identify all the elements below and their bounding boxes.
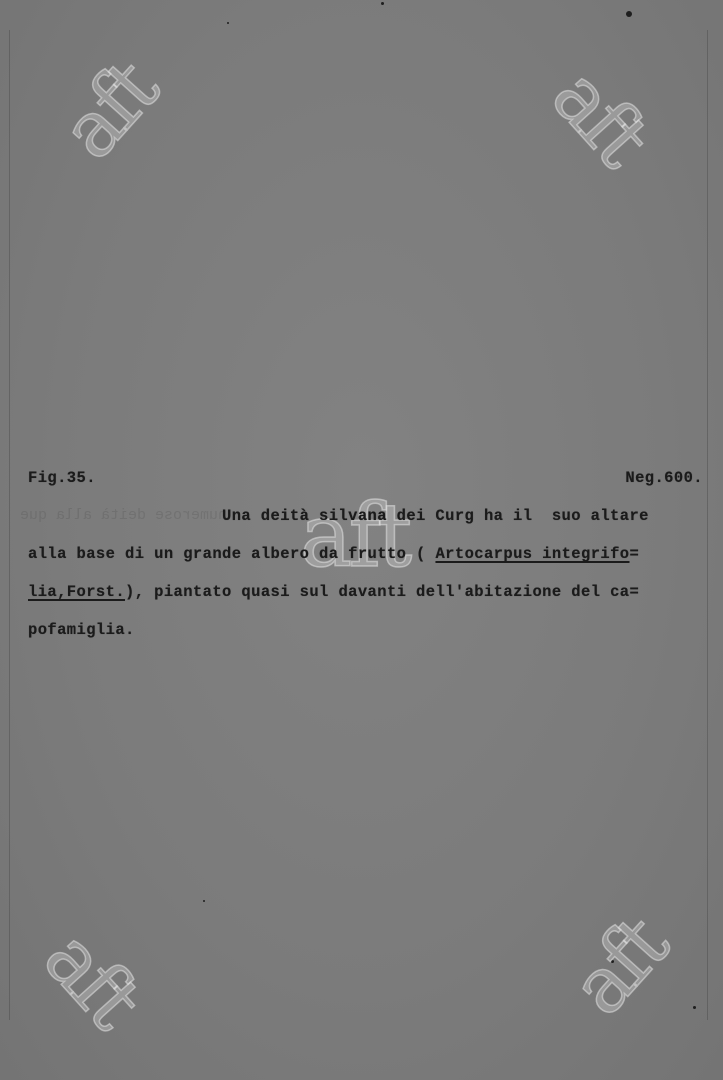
- bleed-through-text: numerose deità alla que: [20, 507, 227, 524]
- scanned-page: aft aft aft aft aft numerose deità alla …: [0, 0, 723, 1080]
- figure-label: Fig.35.: [28, 469, 96, 487]
- dust-speck: [693, 1006, 696, 1009]
- caption-line-3: lia,Forst.), piantato quasi sul davanti …: [28, 583, 639, 601]
- caption-line-1: Una deità silvana dei Curg ha il suo alt…: [222, 507, 649, 525]
- dust-speck: [626, 11, 632, 17]
- left-edge-mark: [9, 30, 10, 1020]
- caption-text: alla base di un grande albero da frutto …: [28, 545, 435, 563]
- caption-text: ), piantato quasi sul davanti dell'abita…: [125, 583, 639, 601]
- dust-speck: [381, 2, 384, 5]
- watermark-top-right: aft: [539, 56, 660, 179]
- dust-speck: [227, 22, 229, 24]
- watermark-bottom-left: aft: [31, 918, 152, 1041]
- caption-line-2: alla base di un grande albero da frutto …: [28, 545, 639, 563]
- watermark-bottom-right: aft: [559, 906, 680, 1029]
- dust-speck: [203, 900, 205, 902]
- watermark-center: aft: [300, 492, 408, 580]
- watermark-top-left: aft: [49, 50, 170, 173]
- hyphen-mark: =: [630, 545, 640, 563]
- caption-line-4: pofamiglia.: [28, 621, 135, 639]
- negative-label: Neg.600.: [625, 469, 703, 487]
- right-edge-mark: [707, 30, 708, 1020]
- species-author: lia,Forst.: [28, 583, 125, 601]
- species-name: Artocarpus integrifo: [435, 545, 629, 563]
